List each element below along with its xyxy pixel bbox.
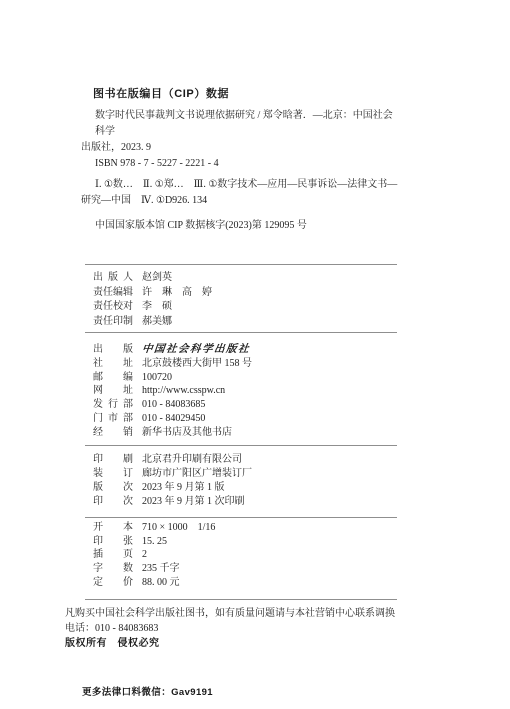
field-value: 2023 年 9 月第 1 版 [142, 482, 225, 493]
field-value: 710 × 1000 1/16 [142, 522, 215, 533]
field-value: 北京君升印刷有限公司 [142, 454, 242, 465]
divider-rule-5 [85, 599, 397, 600]
publisher-row-postcode: 邮编100720 [81, 371, 411, 385]
staff-row-editor: 责任编辑许 琳 高 婷 [81, 286, 411, 301]
field-value: 2023 年 9 月第 1 次印刷 [142, 496, 245, 507]
field-label: 插页 [93, 548, 133, 562]
field-value: 李 硕 [142, 301, 172, 312]
cip-heading: 图书在版编目（CIP）数据 [93, 87, 399, 101]
format-row-trim-size: 开本710 × 1000 1/16 [81, 521, 411, 535]
quality-notice-line1: 凡购买中国社会科学出版社图书，如有质量问题请与本社营销中心联系调换 [65, 606, 415, 621]
format-row-word-count: 字数235 千字 [81, 562, 411, 576]
publisher-row-store-phone: 门市部010 - 84029450 [81, 412, 411, 426]
field-value: 廊坊市广阳区广增装订厂 [142, 468, 252, 479]
field-value: 010 - 84029450 [142, 413, 205, 424]
publisher-row-press: 出版中国社会科学出版社 [81, 343, 411, 357]
copyright-page: 图书在版编目（CIP）数据 数字时代民事裁判文书说理依据研究 / 郑令晗著．—北… [0, 0, 510, 709]
publisher-row-distributor: 经销新华书店及其他书店 [81, 426, 411, 440]
field-value: 15. 25 [142, 536, 167, 547]
field-label: 发行部 [93, 398, 133, 412]
publisher-row-website: 网址http://www.csspw.cn [81, 384, 411, 398]
website-url: http://www.csspw.cn [142, 385, 225, 396]
field-label: 社址 [93, 357, 133, 371]
field-label: 印刷 [93, 453, 133, 467]
staff-row-proofreader: 责任校对李 硕 [81, 300, 411, 315]
publisher-row-distribution-phone: 发行部010 - 84083685 [81, 398, 411, 412]
field-value: 2 [142, 549, 147, 560]
field-label: 责任校对 [93, 300, 133, 315]
publisher-calligraphy-logo: 中国社会科学出版社 [141, 343, 250, 357]
field-label: 字数 [93, 562, 133, 576]
field-label: 出版人 [93, 271, 133, 286]
field-label: 经销 [93, 426, 133, 440]
notice-section: 凡购买中国社会科学出版社图书，如有质量问题请与本社营销中心联系调换 电话：010… [65, 606, 415, 651]
field-label: 门市部 [93, 412, 133, 426]
format-section: 开本710 × 1000 1/16 印张15. 25 插页2 字数235 千字 … [81, 521, 411, 590]
field-value: 010 - 84083685 [142, 399, 205, 410]
field-label: 网址 [93, 384, 133, 398]
divider-rule-3 [85, 445, 397, 446]
price-value: 88. 00 元 [142, 577, 180, 588]
cip-classification-line2: 研究—中国 Ⅳ. ①D926. 134 [81, 193, 399, 209]
staff-section: 出版人赵剑英 责任编辑许 琳 高 婷 责任校对李 硕 责任印制郝美娜 [81, 271, 411, 330]
printing-row-edition: 版次2023 年 9 月第 1 版 [81, 481, 411, 495]
field-label: 责任印制 [93, 315, 133, 330]
cip-record-number: 中国国家版本馆 CIP 数据核字(2023)第 129095 号 [81, 218, 399, 234]
cip-section: 图书在版编目（CIP）数据 数字时代民事裁判文书说理依据研究 / 郑令晗著．—北… [81, 87, 399, 234]
divider-rule-2 [85, 332, 397, 333]
field-label: 定价 [93, 576, 133, 590]
field-value: 赵剑英 [142, 272, 172, 283]
field-label: 印次 [93, 495, 133, 509]
staff-row-print-supervisor: 责任印制郝美娜 [81, 315, 411, 330]
publisher-section: 出版中国社会科学出版社 社址北京鼓楼西大街甲 158 号 邮编100720 网址… [81, 343, 411, 440]
field-label: 印张 [93, 535, 133, 549]
field-value: 235 千字 [142, 563, 180, 574]
field-label: 责任编辑 [93, 286, 133, 301]
field-value: 郝美娜 [142, 316, 172, 327]
publisher-row-address: 社址北京鼓楼西大街甲 158 号 [81, 357, 411, 371]
field-label: 出版 [93, 343, 133, 357]
copyright-statement: 版权所有 侵权必究 [65, 636, 415, 651]
divider-rule-1 [85, 264, 397, 265]
field-label: 装订 [93, 467, 133, 481]
printing-row-impression: 印次2023 年 9 月第 1 次印刷 [81, 495, 411, 509]
cip-isbn: ISBN 978 - 7 - 5227 - 2221 - 4 [81, 156, 399, 172]
format-row-price: 定价88. 00 元 [81, 576, 411, 590]
staff-row-publisher-person: 出版人赵剑英 [81, 271, 411, 286]
printing-section: 印刷北京君升印刷有限公司 装订廊坊市广阳区广增装订厂 版次2023 年 9 月第… [81, 453, 411, 509]
format-row-sheets: 印张15. 25 [81, 535, 411, 549]
cip-classification-line1: Ⅰ. ①数… Ⅱ. ①郑… Ⅲ. ①数字技术—应用—民事诉讼—法律文书— [81, 177, 399, 193]
cip-entry-line1: 数字时代民事裁判文书说理依据研究 / 郑令晗著．—北京：中国社会科学 [81, 108, 399, 140]
printing-row-binder: 装订廊坊市广阳区广增装订厂 [81, 467, 411, 481]
divider-rule-4 [85, 517, 397, 518]
field-label: 邮编 [93, 371, 133, 385]
printing-row-printer: 印刷北京君升印刷有限公司 [81, 453, 411, 467]
watermark-text: 更多法律口料微信：Gav9191 [82, 684, 213, 698]
field-label: 版次 [93, 481, 133, 495]
format-row-inserts: 插页2 [81, 548, 411, 562]
field-value: 100720 [142, 372, 172, 383]
field-value: 北京鼓楼西大街甲 158 号 [142, 358, 252, 369]
field-label: 开本 [93, 521, 133, 535]
field-value: 新华书店及其他书店 [142, 427, 232, 438]
field-value: 许 琳 高 婷 [142, 287, 212, 298]
cip-entry-line2: 出版社，2023. 9 [81, 140, 399, 156]
quality-notice-phone: 电话：010 - 84083683 [65, 621, 415, 636]
